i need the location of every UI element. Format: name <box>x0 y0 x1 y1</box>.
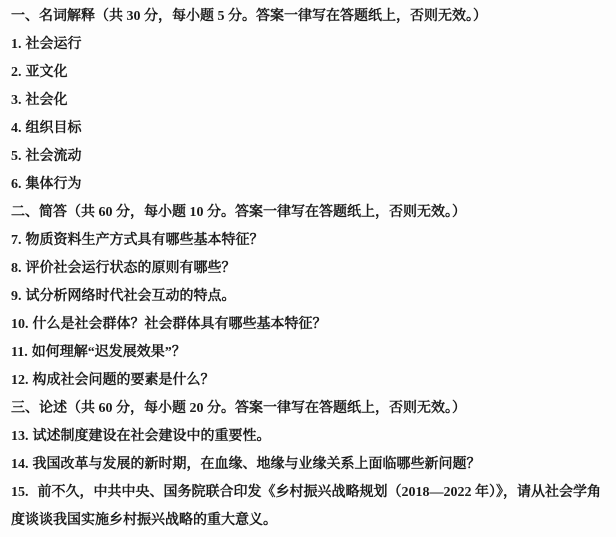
question-text: 如何理解“迟发展效果”？ <box>32 345 186 360</box>
question-item-13: 13.试述制度建设在社会建设中的重要性。 <box>11 423 608 451</box>
question-number: 15. <box>11 485 29 500</box>
section-3-heading: 三、论述（共 60 分，每小题 20 分。答案一律写在答题纸上，否则无效。） <box>11 395 608 423</box>
question-number: 8. <box>11 261 22 276</box>
question-text: 集体行为 <box>26 177 82 192</box>
question-item-12: 12.构成社会问题的要素是什么？ <box>11 367 608 395</box>
question-number: 9. <box>11 289 22 304</box>
question-number: 4. <box>11 121 22 136</box>
question-item-11: 11.如何理解“迟发展效果”？ <box>11 339 608 367</box>
question-item-10: 10.什么是社会群体？社会群体具有哪些基本特征？ <box>11 311 608 339</box>
question-text: 试述制度建设在社会建设中的重要性。 <box>33 429 271 444</box>
question-text: 试分析网络时代社会互动的特点。 <box>26 289 236 304</box>
question-number: 11. <box>11 345 28 360</box>
section-1-heading: 一、名词解释（共 30 分，每小题 5 分。答案一律写在答题纸上，否则无效。） <box>11 3 608 31</box>
question-text: 物质资料生产方式具有哪些基本特征？ <box>26 233 264 248</box>
question-text: 构成社会问题的要素是什么？ <box>33 373 215 388</box>
question-number: 6. <box>11 177 22 192</box>
question-text: 评价社会运行状态的原则有哪些？ <box>26 261 236 276</box>
question-text: 我国改革与发展的新时期，在血缘、地缘与业缘关系上面临哪些新问题？ <box>33 457 481 472</box>
question-text: 前不久，中共中央、国务院联合印发《乡村振兴战略规划（2018—2022 年）》，… <box>11 485 601 528</box>
question-number: 3. <box>11 93 22 108</box>
question-item-6: 6.集体行为 <box>11 171 608 199</box>
question-text: 社会化 <box>26 93 68 108</box>
question-item-15: 15.前不久，中共中央、国务院联合印发《乡村振兴战略规划（2018—2022 年… <box>11 479 608 535</box>
question-number: 14. <box>11 457 29 472</box>
question-number: 12. <box>11 373 29 388</box>
exam-paper: 一、名词解释（共 30 分，每小题 5 分。答案一律写在答题纸上，否则无效。） … <box>0 0 616 535</box>
question-item-8: 8.评价社会运行状态的原则有哪些？ <box>11 255 608 283</box>
question-item-3: 3.社会化 <box>11 87 608 115</box>
question-item-9: 9.试分析网络时代社会互动的特点。 <box>11 283 608 311</box>
question-text: 什么是社会群体？社会群体具有哪些基本特征？ <box>33 317 327 332</box>
question-item-2: 2.亚文化 <box>11 59 608 87</box>
question-item-14: 14.我国改革与发展的新时期，在血缘、地缘与业缘关系上面临哪些新问题？ <box>11 451 608 479</box>
question-text: 社会流动 <box>26 149 82 164</box>
question-number: 10. <box>11 317 29 332</box>
question-text: 社会运行 <box>26 37 82 52</box>
section-2-heading: 二、简答（共 60 分，每小题 10 分。答案一律写在答题纸上，否则无效。） <box>11 199 608 227</box>
question-item-7: 7.物质资料生产方式具有哪些基本特征？ <box>11 227 608 255</box>
question-text: 组织目标 <box>26 121 82 136</box>
question-item-4: 4.组织目标 <box>11 115 608 143</box>
question-number: 2. <box>11 65 22 80</box>
question-number: 13. <box>11 429 29 444</box>
question-number: 7. <box>11 233 22 248</box>
question-item-1: 1.社会运行 <box>11 31 608 59</box>
question-text: 亚文化 <box>26 65 68 80</box>
question-number: 5. <box>11 149 22 164</box>
question-number: 1. <box>11 37 22 52</box>
question-item-5: 5.社会流动 <box>11 143 608 171</box>
